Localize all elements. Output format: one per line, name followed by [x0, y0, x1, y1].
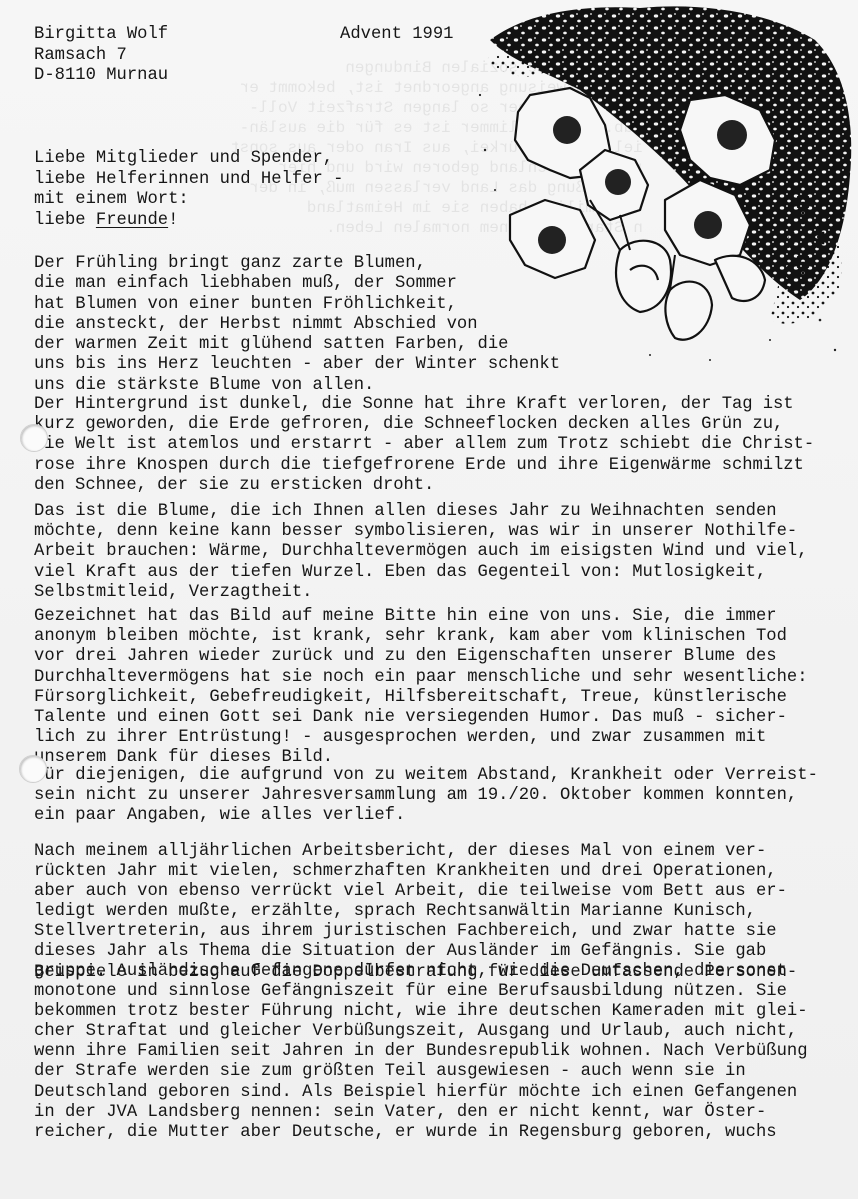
text-line: monotone und sinnlose Gefängniszeit für … [34, 982, 787, 1001]
salutation-line: Liebe Mitglieder und Spender, [34, 149, 333, 168]
paragraph: Für diejenigen, die aufgrund von zu weit… [34, 766, 818, 827]
text-line: Selbstmitleid, Verzagtheit. [34, 583, 312, 602]
text-line: anonym bleiben möchte, ist krank, sehr k… [34, 627, 787, 646]
text-line: Der Hintergrund ist dunkel, die Sonne ha… [34, 395, 794, 414]
text-line: Durchhaltevermögens hat sie noch ein paa… [34, 668, 808, 687]
salutation-prefix: liebe [34, 211, 96, 230]
salutation: Liebe Mitglieder und Spender, liebe Helf… [34, 149, 343, 231]
text-line: viel Kraft aus der tiefen Wurzel. Eben d… [34, 563, 766, 582]
text-line: ie Welt ist atemlos und erstarrt - aber … [34, 435, 814, 454]
paragraph: Der Hintergrund ist dunkel, die Sonne ha… [34, 395, 814, 496]
text-line: ledigt werden mußte, erzählte, sprach Re… [34, 902, 756, 921]
text-line: wenn ihre Familien seit Jahren in der Bu… [34, 1042, 808, 1061]
text-line: die ansteckt, der Herbst nimmt Abschied … [34, 315, 478, 334]
text-line: reicher, die Mutter aber Deutsche, er wu… [34, 1123, 777, 1142]
text-line: Nach meinem alljährlichen Arbeitsbericht… [34, 842, 766, 861]
text-line: Fürsorglichkeit, Gebefreudigkeit, Hilfsb… [34, 688, 787, 707]
text-line: bekommen trotz bester Führung nicht, wie… [34, 1002, 808, 1021]
text-line: in der JVA Landsberg nennen: sein Vater,… [34, 1103, 766, 1122]
text-line: sein nicht zu unserer Jahresversammlung … [34, 786, 797, 805]
text-line: rose ihre Knospen durch die tiefgefroren… [34, 456, 804, 475]
text-line: vor drei Jahren wieder zurück und zu den… [34, 647, 777, 666]
text-line: hat Blumen von einer bunten Fröhlichkeit… [34, 295, 457, 314]
text-line: Für diejenigen, die aufgrund von zu weit… [34, 766, 818, 785]
letter-page: r alle seine sozialen Bindungen r da Aus… [0, 0, 858, 1199]
salutation-suffix: ! [168, 211, 178, 230]
text-line: uns die stärkste Blume von allen. [34, 376, 374, 395]
paragraph: gruppe. Ausländische Gefangene dürfen ni… [34, 962, 808, 1143]
sender-city: D-8110 Murnau [34, 66, 168, 85]
salutation-line: mit einem Wort: [34, 190, 189, 209]
text-line: Arbeit brauchen: Wärme, Durchhaltevermög… [34, 542, 808, 561]
text-line: kurz geworden, die Erde gefroren, die Sc… [34, 415, 783, 434]
salutation-line: liebe Helferinnen und Helfer - [34, 170, 343, 189]
paragraph: Der Frühling bringt ganz zarte Blumen, d… [34, 254, 560, 396]
sender-name: Birgitta Wolf [34, 25, 168, 44]
text-line: unserem Dank für dieses Bild. [34, 748, 333, 767]
text-line: Gezeichnet hat das Bild auf meine Bitte … [34, 607, 777, 626]
letter-date: Advent 1991 [340, 25, 453, 46]
salutation-underlined-word: Freunde [96, 211, 168, 230]
text-line: der Strafe werden sie zum größten Teil a… [34, 1062, 746, 1081]
text-line: lich zu ihrer Entrüstung! - ausgesproche… [34, 728, 766, 747]
text-line: aber auch von ebenso verrückt viel Arbei… [34, 882, 787, 901]
text-line: Deutschland geboren sind. Als Beispiel h… [34, 1083, 797, 1102]
text-line: Das ist die Blume, die ich Ihnen allen d… [34, 502, 777, 521]
text-line: Talente und einen Gott sei Dank nie vers… [34, 708, 787, 727]
text-line: Stellvertreterin, aus ihrem juristischen… [34, 922, 777, 941]
text-line: uns bis ins Herz leuchten - aber der Win… [34, 355, 560, 374]
sender-street: Ramsach 7 [34, 46, 127, 65]
text-line: die man einfach liebhaben muß, der Somme… [34, 274, 457, 293]
text-line: gruppe. Ausländische Gefangene dürfen ni… [34, 962, 787, 981]
text-line: möchte, denn keine kann besser symbolisi… [34, 522, 797, 541]
text-line: dieses Jahr als Thema die Situation der … [34, 942, 766, 961]
text-line: den Schnee, der sie zu ersticken droht. [34, 476, 434, 495]
text-line: cher Straftat und gleicher Verbüßungszei… [34, 1022, 797, 1041]
text-line: der warmen Zeit mit glühend satten Farbe… [34, 335, 508, 354]
text-line: Der Frühling bringt ganz zarte Blumen, [34, 254, 426, 273]
paragraph: Das ist die Blume, die ich Ihnen allen d… [34, 502, 808, 603]
sender-address: Birgitta Wolf Ramsach 7 D-8110 Murnau [34, 25, 168, 87]
punch-hole [20, 424, 48, 452]
text-line: ein paar Angaben, wie alles verlief. [34, 806, 405, 825]
punch-hole [19, 755, 47, 783]
paragraph: Gezeichnet hat das Bild auf meine Bitte … [34, 607, 808, 769]
text-line: rückten Jahr mit vielen, schmerzhaften K… [34, 862, 777, 881]
